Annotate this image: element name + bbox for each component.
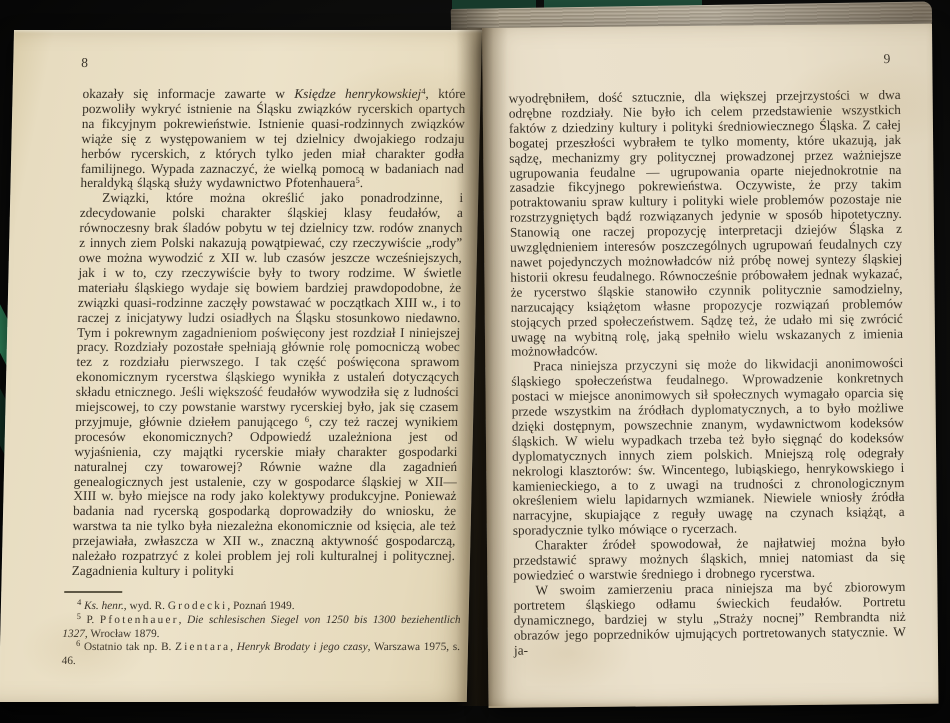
footnote: 6 Ostatnio tak np. B. Zientara, Henryk B… xyxy=(61,641,460,669)
paragraph: Praca niniejsza przyczyni się może do li… xyxy=(511,356,905,539)
open-book: 8 okazały się informacje zawarte w Księd… xyxy=(0,0,950,723)
paragraph: Związki, które można określić jako ponad… xyxy=(72,191,464,579)
page-number-right: 9 xyxy=(883,51,890,67)
right-page: 9 wyodrębniłem, dość sztucznie, dla więk… xyxy=(482,24,939,708)
paragraph: Charakter źródeł spowodował, że najłatwi… xyxy=(513,535,905,583)
paragraph: wyodrębniłem, dość sztucznie, dla większ… xyxy=(509,88,904,360)
footnote: 5 P. Pfotenhauer, Die schlesischen Siege… xyxy=(62,614,461,642)
paragraph: okazały się informacje zawarte w Księdze… xyxy=(80,87,465,191)
photo-backdrop: 8 okazały się informacje zawarte w Księd… xyxy=(0,0,950,723)
left-page: 8 okazały się informacje zawarte w Księd… xyxy=(0,30,482,702)
paragraph: W swoim zamierzeniu praca niniejsza ma b… xyxy=(513,580,906,658)
right-page-text: wyodrębniłem, dość sztucznie, dla większ… xyxy=(509,88,906,658)
footnotes-block: 4 Ks. henr., wyd. R. Grodecki, Poznań 19… xyxy=(61,600,461,669)
footnote: 4 Ks. henr., wyd. R. Grodecki, Poznań 19… xyxy=(63,600,461,614)
page-number-left: 8 xyxy=(81,55,88,71)
left-page-text: okazały się informacje zawarte w Księdze… xyxy=(72,87,466,579)
footnote-separator-rule xyxy=(64,591,122,593)
